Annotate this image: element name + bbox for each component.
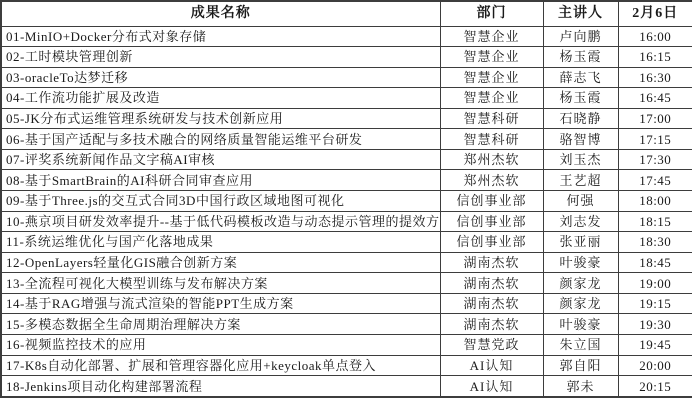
cell-speaker: 张亚丽 <box>543 232 618 253</box>
cell-time: 20:15 <box>618 376 692 397</box>
cell-department: 智慧党政 <box>440 334 543 355</box>
cell-department: 智慧企业 <box>440 67 543 88</box>
cell-department: 信创事业部 <box>440 191 543 212</box>
cell-achievement-name: 05-JK分布式运维管理系统研发与技术创新应用 <box>1 108 440 129</box>
table-row: 18-Jenkins项目动化构建部署流程 AI认知 郭未 20:15 <box>1 376 692 397</box>
cell-department: 郑州杰软 <box>440 170 543 191</box>
cell-achievement-name: 07-评奖系统新闻作品文字稿AI审核 <box>1 149 440 170</box>
cell-time: 16:30 <box>618 67 692 88</box>
cell-achievement-name: 02-工时模块管理创新 <box>1 47 440 68</box>
cell-achievement-name: 08-基于SmartBrain的AI科研合同审查应用 <box>1 170 440 191</box>
cell-speaker: 王艺超 <box>543 170 618 191</box>
cell-department: 智慧科研 <box>440 129 543 150</box>
cell-achievement-name: 04-工作流功能扩展及改造 <box>1 88 440 109</box>
table-row: 10-燕京项目研发效率提升--基于低代码模板改造与动态提示管理的提效方案 信创事… <box>1 211 692 232</box>
cell-time: 20:00 <box>618 355 692 376</box>
cell-department: 智慧企业 <box>440 88 543 109</box>
cell-speaker: 朱立国 <box>543 334 618 355</box>
cell-department: 智慧企业 <box>440 26 543 47</box>
column-header-date: 2月6日 <box>618 1 692 26</box>
cell-time: 18:15 <box>618 211 692 232</box>
cell-achievement-name: 06-基于国产适配与多技术融合的网络质量智能运维平台研发 <box>1 129 440 150</box>
cell-time: 19:45 <box>618 334 692 355</box>
cell-time: 17:15 <box>618 129 692 150</box>
table-row: 13-全流程可视化大模型训练与发布解决方案 湖南杰软 颜家龙 19:00 <box>1 273 692 294</box>
cell-department: 智慧企业 <box>440 47 543 68</box>
table-row: 03-oracleTo达梦迁移 智慧企业 薛志飞 16:30 <box>1 67 692 88</box>
cell-achievement-name: 11-系统运维优化与国产化落地成果 <box>1 232 440 253</box>
cell-speaker: 石晓静 <box>543 108 618 129</box>
cell-speaker: 刘玉杰 <box>543 149 618 170</box>
table-row: 04-工作流功能扩展及改造 智慧企业 杨玉霞 16:45 <box>1 88 692 109</box>
cell-speaker: 颜家龙 <box>543 273 618 294</box>
cell-achievement-name: 09-基于Three.js的交互式合同3D中国行政区域地图可视化 <box>1 191 440 212</box>
cell-speaker: 郭自阳 <box>543 355 618 376</box>
table-row: 15-多模态数据全生命周期治理解决方案 湖南杰软 叶骏豪 19:30 <box>1 314 692 335</box>
cell-department: 湖南杰软 <box>440 273 543 294</box>
cell-department: 郑州杰软 <box>440 149 543 170</box>
table-row: 16-视频监控技术的应用 智慧党政 朱立国 19:45 <box>1 334 692 355</box>
cell-time: 19:00 <box>618 273 692 294</box>
cell-achievement-name: 13-全流程可视化大模型训练与发布解决方案 <box>1 273 440 294</box>
cell-department: 信创事业部 <box>440 232 543 253</box>
table-row: 02-工时模块管理创新 智慧企业 杨玉霞 16:15 <box>1 47 692 68</box>
table-body: 01-MinIO+Docker分布式对象存储 智慧企业 卢向鹏 16:00 02… <box>1 26 692 397</box>
cell-achievement-name: 18-Jenkins项目动化构建部署流程 <box>1 376 440 397</box>
cell-achievement-name: 01-MinIO+Docker分布式对象存储 <box>1 26 440 47</box>
cell-speaker: 郭未 <box>543 376 618 397</box>
cell-time: 16:15 <box>618 47 692 68</box>
cell-speaker: 骆智博 <box>543 129 618 150</box>
table-row: 05-JK分布式运维管理系统研发与技术创新应用 智慧科研 石晓静 17:00 <box>1 108 692 129</box>
table-row: 17-K8s自动化部署、扩展和管理容器化应用+keycloak单点登入 AI认知… <box>1 355 692 376</box>
cell-achievement-name: 17-K8s自动化部署、扩展和管理容器化应用+keycloak单点登入 <box>1 355 440 376</box>
column-header-dept: 部门 <box>440 1 543 26</box>
table-row: 11-系统运维优化与国产化落地成果 信创事业部 张亚丽 18:30 <box>1 232 692 253</box>
cell-department: 信创事业部 <box>440 211 543 232</box>
cell-time: 16:00 <box>618 26 692 47</box>
cell-department: 湖南杰软 <box>440 314 543 335</box>
cell-speaker: 杨玉霞 <box>543 47 618 68</box>
cell-achievement-name: 12-OpenLayers轻量化GIS融合创新方案 <box>1 252 440 273</box>
cell-achievement-name: 03-oracleTo达梦迁移 <box>1 67 440 88</box>
column-header-name: 成果名称 <box>1 1 440 26</box>
column-header-speaker: 主讲人 <box>543 1 618 26</box>
cell-time: 18:45 <box>618 252 692 273</box>
cell-achievement-name: 14-基于RAG增强与流式渲染的智能PPT生成方案 <box>1 293 440 314</box>
table-row: 08-基于SmartBrain的AI科研合同审查应用 郑州杰软 王艺超 17:4… <box>1 170 692 191</box>
cell-speaker: 何强 <box>543 191 618 212</box>
cell-achievement-name: 15-多模态数据全生命周期治理解决方案 <box>1 314 440 335</box>
table-header: 成果名称 部门 主讲人 2月6日 <box>1 1 692 26</box>
cell-time: 17:00 <box>618 108 692 129</box>
cell-department: 湖南杰软 <box>440 293 543 314</box>
cell-department: AI认知 <box>440 376 543 397</box>
cell-achievement-name: 16-视频监控技术的应用 <box>1 334 440 355</box>
cell-speaker: 薛志飞 <box>543 67 618 88</box>
cell-department: AI认知 <box>440 355 543 376</box>
cell-speaker: 卢向鹏 <box>543 26 618 47</box>
cell-speaker: 刘志发 <box>543 211 618 232</box>
table-row: 14-基于RAG增强与流式渲染的智能PPT生成方案 湖南杰软 颜家龙 19:15 <box>1 293 692 314</box>
header-row: 成果名称 部门 主讲人 2月6日 <box>1 1 692 26</box>
table-row: 09-基于Three.js的交互式合同3D中国行政区域地图可视化 信创事业部 何… <box>1 191 692 212</box>
cell-speaker: 叶骏豪 <box>543 314 618 335</box>
cell-department: 湖南杰软 <box>440 252 543 273</box>
cell-department: 智慧科研 <box>440 108 543 129</box>
cell-time: 18:30 <box>618 232 692 253</box>
cell-speaker: 叶骏豪 <box>543 252 618 273</box>
cell-time: 19:30 <box>618 314 692 335</box>
table-row: 06-基于国产适配与多技术融合的网络质量智能运维平台研发 智慧科研 骆智博 17… <box>1 129 692 150</box>
cell-achievement-name: 10-燕京项目研发效率提升--基于低代码模板改造与动态提示管理的提效方案 <box>1 211 440 232</box>
cell-time: 19:15 <box>618 293 692 314</box>
cell-time: 17:45 <box>618 170 692 191</box>
cell-time: 18:00 <box>618 191 692 212</box>
schedule-table: 成果名称 部门 主讲人 2月6日 01-MinIO+Docker分布式对象存储 … <box>0 0 692 398</box>
cell-time: 17:30 <box>618 149 692 170</box>
table-row: 12-OpenLayers轻量化GIS融合创新方案 湖南杰软 叶骏豪 18:45 <box>1 252 692 273</box>
cell-speaker: 颜家龙 <box>543 293 618 314</box>
cell-speaker: 杨玉霞 <box>543 88 618 109</box>
table-row: 01-MinIO+Docker分布式对象存储 智慧企业 卢向鹏 16:00 <box>1 26 692 47</box>
table-row: 07-评奖系统新闻作品文字稿AI审核 郑州杰软 刘玉杰 17:30 <box>1 149 692 170</box>
cell-time: 16:45 <box>618 88 692 109</box>
